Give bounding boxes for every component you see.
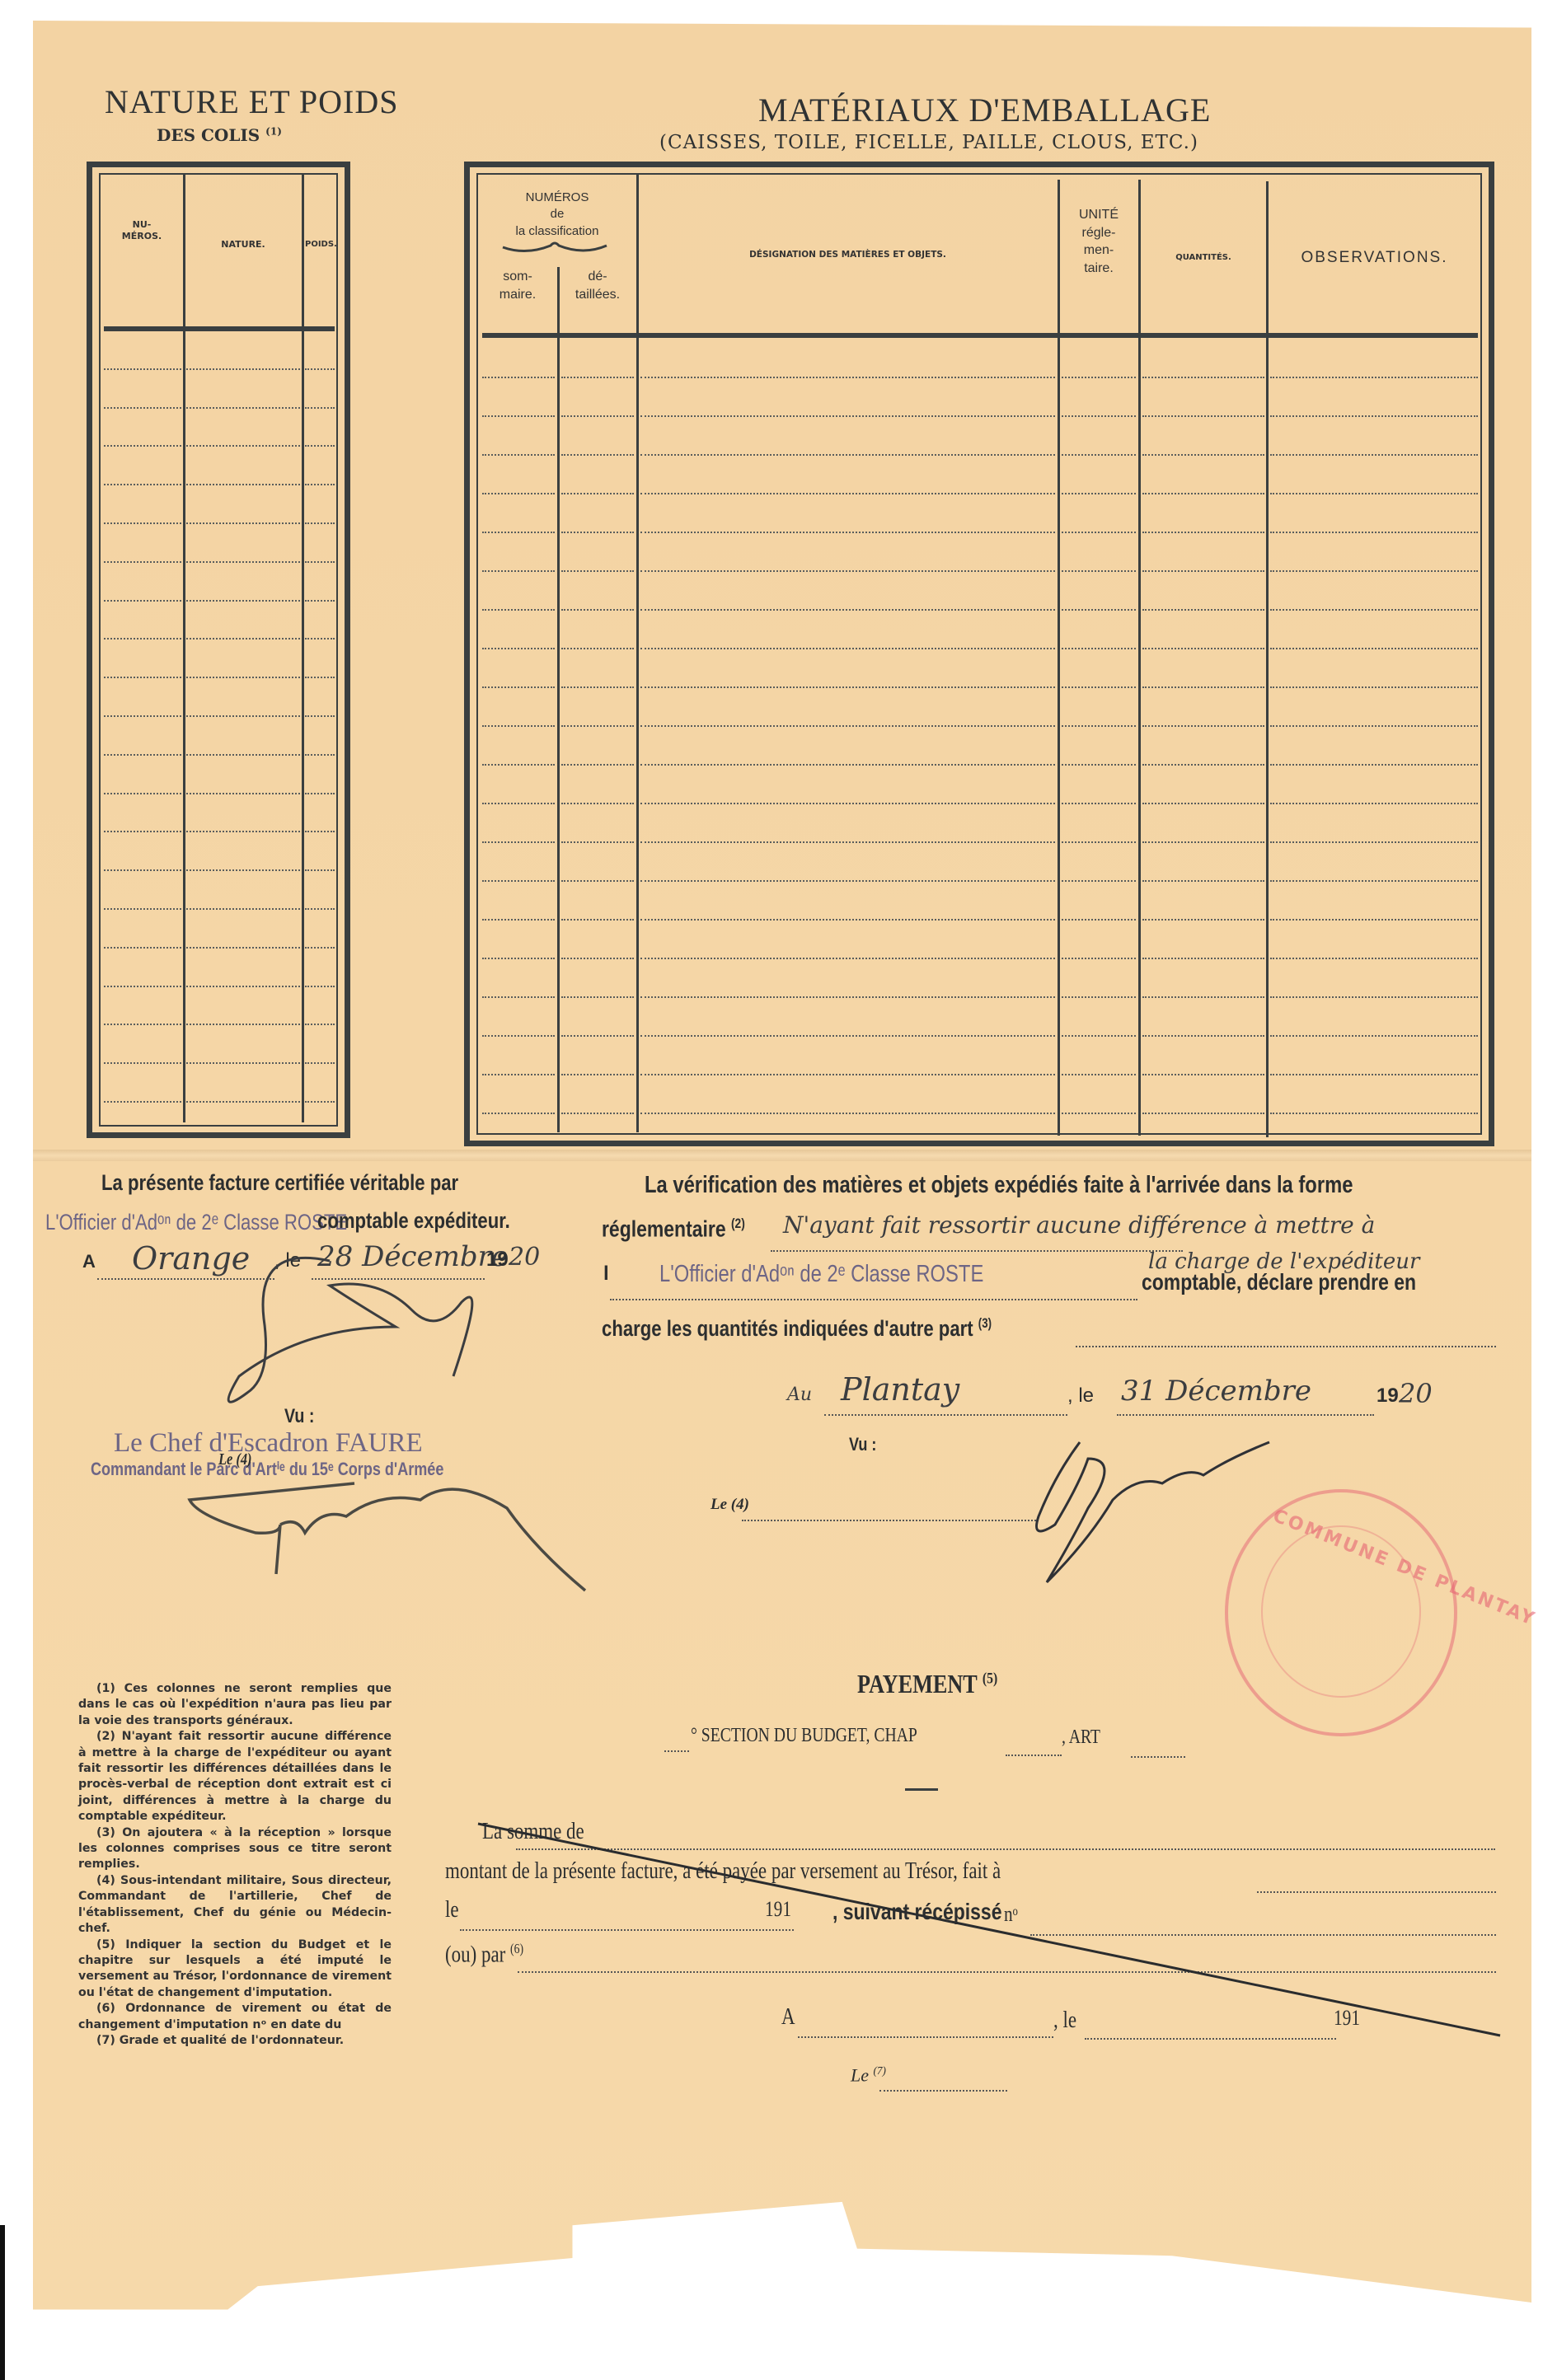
row-line <box>482 841 555 843</box>
row-line <box>305 715 335 717</box>
col-header-numeros: NU- MÉROS. <box>102 219 181 243</box>
footnote-4: (4) Sous-intendant militaire, Sous direc… <box>78 1873 392 1937</box>
row-line <box>1062 1113 1136 1114</box>
officer-stamp: L'Officier d'Adᵒⁿ de 2ᵉ Classe ROSTE <box>45 1210 347 1235</box>
row-line <box>640 880 1055 882</box>
row-line <box>640 958 1055 959</box>
row-line <box>1062 570 1136 572</box>
payment-title: PAYEMENT (5) <box>857 1669 997 1699</box>
row-line <box>561 648 634 649</box>
row-line <box>1142 803 1264 804</box>
row-line <box>561 1113 634 1114</box>
row-line <box>482 880 555 882</box>
row-line <box>1142 686 1264 688</box>
row-line <box>186 754 300 756</box>
row-line <box>640 415 1055 417</box>
col-header-nature: NATURE. <box>186 239 300 251</box>
row-line <box>305 754 335 756</box>
row-line <box>1142 377 1264 378</box>
article-field[interactable] <box>1131 1747 1185 1762</box>
row-line <box>561 996 634 998</box>
col-header-designation: DÉSIGNATION DES MATIÈRES ET OBJETS. <box>640 250 1056 261</box>
row-line <box>561 1035 634 1037</box>
row-line <box>1142 493 1264 494</box>
row-line <box>1270 532 1478 533</box>
row-line <box>1270 725 1478 727</box>
col-header-poids: POIDS. <box>305 239 336 250</box>
row-line <box>1142 1035 1264 1037</box>
vu-label-right: Vu : <box>849 1434 876 1455</box>
footnote-2: (2) N'ayant fait ressortir aucune différ… <box>78 1729 392 1825</box>
cancellation-line <box>478 1817 1500 2048</box>
section-line: ° SECTION DU BUDGET, CHAP <box>691 1725 917 1747</box>
officer-stamp-verification: L'Officier d'Adᵒⁿ de 2ᵉ Classe ROSTE <box>659 1261 983 1288</box>
row-line <box>104 908 181 910</box>
verification-line3: comptable, déclare prendre en <box>1142 1269 1416 1295</box>
row-line <box>561 377 634 378</box>
col-header-detaillees: dé- taillées. <box>560 268 635 303</box>
footnote-7: (7) Grade et qualité de l'ordonnateur. <box>78 2033 392 2049</box>
right-subtitle: (CAISSES, TOILE, FICELLE, PAILLE, CLOUS,… <box>659 132 1198 153</box>
row-line <box>482 764 555 766</box>
row-line <box>1142 1074 1264 1075</box>
row-line <box>305 561 335 563</box>
row-line <box>104 368 181 370</box>
row-line <box>1270 1074 1478 1075</box>
municipal-seal: COMMUNE DE PLANTAY <box>1225 1489 1457 1736</box>
row-line <box>1142 880 1264 882</box>
row-line <box>1270 377 1478 378</box>
right-col-divider <box>1138 180 1141 1136</box>
row-line <box>1062 648 1136 649</box>
row-line <box>186 561 300 563</box>
row-line <box>104 1024 181 1025</box>
row-line <box>640 493 1055 494</box>
row-line <box>482 454 555 456</box>
footnotes: (1) Ces colonnes ne seront remplies que … <box>78 1681 392 2049</box>
row-line <box>640 725 1055 727</box>
row-line <box>640 1035 1055 1037</box>
row-line <box>640 1074 1055 1075</box>
scan-edge <box>0 2225 5 2380</box>
row-line <box>305 522 335 524</box>
row-line <box>186 1101 300 1103</box>
row-line <box>104 445 181 447</box>
row-line <box>561 686 634 688</box>
header-separator <box>104 326 335 331</box>
row-line <box>305 445 335 447</box>
row-line <box>104 869 181 871</box>
section-number-field[interactable] <box>664 1741 689 1756</box>
row-line <box>1270 919 1478 921</box>
row-line <box>482 415 555 417</box>
row-line <box>186 368 300 370</box>
row-line <box>561 880 634 882</box>
row-line <box>482 725 555 727</box>
row-line <box>1270 1035 1478 1037</box>
row-line <box>104 754 181 756</box>
row-line <box>482 532 555 533</box>
row-line <box>186 407 300 409</box>
row-line <box>1142 532 1264 533</box>
row-line <box>305 484 335 485</box>
row-line <box>305 1062 335 1064</box>
row-line <box>186 1062 300 1064</box>
row-line <box>482 1113 555 1114</box>
row-line <box>482 686 555 688</box>
row-line <box>186 638 300 640</box>
footnote-ref: (5) <box>983 1670 997 1687</box>
row-line <box>1062 725 1136 727</box>
row-line <box>305 908 335 910</box>
row-line <box>640 532 1055 533</box>
row-line <box>561 725 634 727</box>
row-line <box>305 677 335 678</box>
certification-line1: La présente facture certifiée véritable … <box>101 1170 458 1196</box>
row-line <box>1062 764 1136 766</box>
date-label-verification: , le <box>1067 1384 1094 1408</box>
row-line <box>1062 919 1136 921</box>
year-handwritten-verification: 20 <box>1399 1378 1433 1409</box>
separator-dash <box>905 1788 938 1791</box>
row-line <box>305 947 335 949</box>
right-col-divider <box>636 175 639 1132</box>
row-line <box>640 454 1055 456</box>
row-line <box>561 919 634 921</box>
row-line <box>1270 570 1478 572</box>
row-line <box>640 686 1055 688</box>
payment-title-text: PAYEMENT <box>857 1669 977 1698</box>
row-line <box>305 1024 335 1025</box>
verification-reason-handwritten: N'ayant fait ressortir aucune différence… <box>783 1211 1375 1239</box>
row-line <box>482 609 555 611</box>
row-line <box>1270 648 1478 649</box>
row-line <box>482 377 555 378</box>
paper-fold <box>33 1150 1531 1161</box>
row-line <box>1062 996 1136 998</box>
row-line <box>186 600 300 602</box>
row-line <box>104 561 181 563</box>
payment-date-label: le <box>445 1897 459 1923</box>
col-header-unite: UNITÉ régle- men- taire. <box>1061 206 1137 277</box>
row-line <box>305 1101 335 1103</box>
row-line <box>1270 764 1478 766</box>
row-line <box>1270 996 1478 998</box>
row-line <box>640 919 1055 921</box>
row-line <box>186 908 300 910</box>
vu-label-left: Vu : <box>284 1405 314 1428</box>
row-line <box>482 919 555 921</box>
verification-line4-text: charge les quantités indiquées d'autre p… <box>602 1316 973 1341</box>
article-label: , ART <box>1062 1726 1100 1749</box>
col-header-observations: OBSERVATIONS. <box>1269 247 1480 269</box>
row-line <box>1270 609 1478 611</box>
row-line <box>186 677 300 678</box>
left-subtitle-text: DES COLIS <box>157 125 260 145</box>
row-line <box>1270 841 1478 843</box>
row-line <box>1142 919 1264 921</box>
row-line <box>1062 493 1136 494</box>
right-col-divider <box>1058 180 1060 1136</box>
row-line <box>1142 1113 1264 1114</box>
row-line <box>1062 803 1136 804</box>
row-line <box>1270 1113 1478 1114</box>
row-line <box>561 803 634 804</box>
row-line <box>104 793 181 794</box>
row-line <box>305 638 335 640</box>
row-line <box>1142 841 1264 843</box>
footnote-1: (1) Ces colonnes ne seront remplies que … <box>78 1681 392 1729</box>
row-line <box>640 609 1055 611</box>
row-line <box>186 831 300 832</box>
row-line <box>1062 532 1136 533</box>
row-line <box>640 570 1055 572</box>
verification-line3-prefix: l <box>603 1263 609 1286</box>
row-line <box>1142 570 1264 572</box>
right-col-divider <box>1266 181 1269 1137</box>
verification-officer-field[interactable] <box>610 1290 1137 1305</box>
row-line <box>1270 493 1478 494</box>
year-prefix-verification: 19 <box>1377 1384 1399 1408</box>
footnote-ref: (7) <box>874 2064 886 2077</box>
row-line <box>104 947 181 949</box>
row-line <box>1270 454 1478 456</box>
row-line <box>1142 764 1264 766</box>
row-line <box>1142 996 1264 998</box>
row-line <box>1142 725 1264 727</box>
brace-icon <box>501 239 608 259</box>
row-line <box>1270 686 1478 688</box>
row-line <box>186 522 300 524</box>
row-line <box>561 454 634 456</box>
footnote-5: (5) Indiquer la section du Budget et le … <box>78 1937 392 2002</box>
footnote-ref: (1) <box>265 125 282 137</box>
row-line <box>305 869 335 871</box>
row-line <box>1142 454 1264 456</box>
col-header-numeros-classification: NUMÉROS de la classification <box>480 190 635 240</box>
row-line <box>1062 1035 1136 1037</box>
row-line <box>305 600 335 602</box>
row-line <box>1062 609 1136 611</box>
row-line <box>1142 415 1264 417</box>
row-line <box>640 1113 1055 1114</box>
row-line <box>1062 454 1136 456</box>
row-line <box>482 803 555 804</box>
row-line <box>640 996 1055 998</box>
row-line <box>305 986 335 987</box>
row-line <box>1062 686 1136 688</box>
left-col-divider <box>302 175 304 1122</box>
row-line <box>104 1101 181 1103</box>
row-line <box>561 493 634 494</box>
left-title: NATURE ET POIDS <box>105 82 399 121</box>
left-col-divider <box>183 175 185 1122</box>
verification-line4: charge les quantités indiquées d'autre p… <box>602 1316 992 1342</box>
row-line <box>186 1024 300 1025</box>
row-line <box>186 986 300 987</box>
row-line <box>561 841 634 843</box>
right-col-divider <box>557 267 560 1132</box>
row-line <box>482 648 555 649</box>
row-line <box>561 415 634 417</box>
row-line <box>561 958 634 959</box>
row-line <box>561 1074 634 1075</box>
row-line <box>482 570 555 572</box>
row-line <box>1062 880 1136 882</box>
row-line <box>104 638 181 640</box>
left-subtitle: DES COLIS (1) <box>157 125 282 145</box>
row-line <box>482 493 555 494</box>
col-header-sommaire: som- maire. <box>480 268 556 303</box>
col-header-quantites: QUANTITÉS. <box>1142 252 1265 263</box>
certification-line2: comptable expéditeur. <box>317 1208 510 1234</box>
signature-expediteur <box>190 1253 536 1409</box>
right-table-inner-border <box>476 173 1482 1135</box>
verification-line1: La vérification des matières et objets e… <box>645 1172 1353 1199</box>
ordonnateur-field[interactable] <box>742 1511 1039 1525</box>
row-line <box>104 986 181 987</box>
le7-text: Le <box>851 2064 869 2085</box>
row-line <box>104 1062 181 1064</box>
verification-line2-label: réglementaire (2) <box>602 1216 745 1242</box>
row-line <box>1270 958 1478 959</box>
row-line <box>1270 415 1478 417</box>
chapter-field[interactable] <box>1006 1745 1062 1760</box>
row-line <box>640 841 1055 843</box>
row-line <box>104 484 181 485</box>
row-line <box>482 1035 555 1037</box>
row-line <box>561 609 634 611</box>
row-line <box>1142 958 1264 959</box>
row-line <box>1062 415 1136 417</box>
row-line <box>1270 880 1478 882</box>
row-line <box>1270 803 1478 804</box>
row-line <box>305 407 335 409</box>
row-line <box>561 764 634 766</box>
row-line <box>1062 1074 1136 1075</box>
row-line <box>305 368 335 370</box>
row-line <box>1142 648 1264 649</box>
right-title: MATÉRIAUX D'EMBALLAGE <box>758 91 1211 129</box>
row-line <box>561 532 634 533</box>
row-line <box>305 793 335 794</box>
footnote-6: (6) Ordonnance de virement ou état de ch… <box>78 2001 392 2033</box>
row-line <box>1062 841 1136 843</box>
ordonnateur-grade-field[interactable] <box>879 2081 1007 2096</box>
date-handwritten-verification: 31 Décembre <box>1121 1375 1311 1408</box>
row-line <box>186 869 300 871</box>
row-line <box>482 996 555 998</box>
row-line <box>640 648 1055 649</box>
place-handwritten-verification: Plantay <box>841 1371 959 1408</box>
footnote-ref: (2) <box>731 1216 745 1231</box>
chief-stamp: Le Chef d'Escadron FAURE <box>114 1428 423 1459</box>
row-line <box>104 600 181 602</box>
place-label-verification: Au <box>787 1384 812 1405</box>
row-line <box>186 445 300 447</box>
row-line <box>186 947 300 949</box>
row-line <box>561 570 634 572</box>
row-line <box>104 715 181 717</box>
row-line <box>640 377 1055 378</box>
row-line <box>104 677 181 678</box>
row-line <box>186 484 300 485</box>
row-line <box>305 831 335 832</box>
signature-chief <box>190 1475 585 1623</box>
quantites-field[interactable] <box>1076 1337 1496 1352</box>
row-line <box>482 958 555 959</box>
footnote-3: (3) On ajoutera « à la réception » lorsq… <box>78 1825 392 1873</box>
row-line <box>186 715 300 717</box>
row-line <box>482 1074 555 1075</box>
reglementaire-text: réglementaire <box>602 1216 726 1241</box>
header-separator <box>482 333 1478 338</box>
row-line <box>1062 958 1136 959</box>
place-label: A <box>82 1251 96 1272</box>
row-line <box>104 522 181 524</box>
row-line <box>186 793 300 794</box>
row-line <box>1062 377 1136 378</box>
footnote-ref: (3) <box>978 1316 992 1331</box>
row-line <box>104 407 181 409</box>
le-note-left: Le (4) <box>218 1450 252 1469</box>
row-line <box>640 803 1055 804</box>
row-line <box>1142 609 1264 611</box>
row-line <box>104 831 181 832</box>
row-line <box>640 764 1055 766</box>
